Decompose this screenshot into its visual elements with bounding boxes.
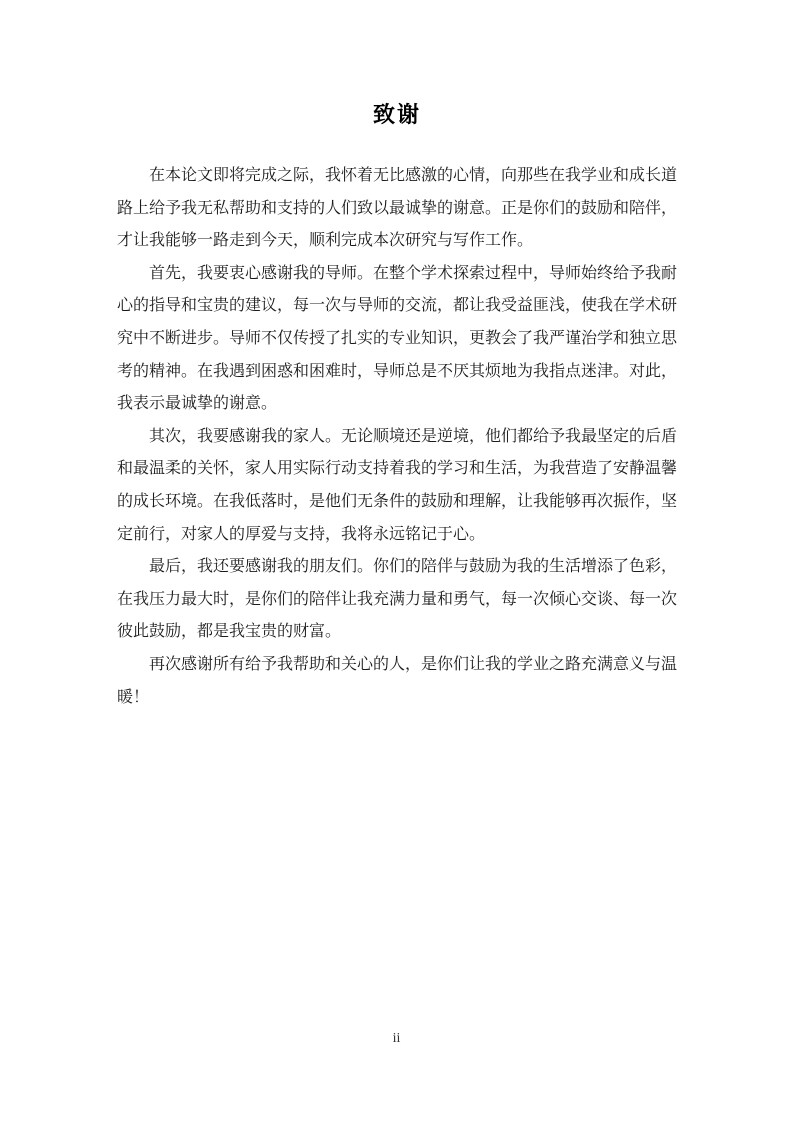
paragraph-4: 最后，我还要感谢我的朋友们。你们的陪伴与鼓励为我的生活增添了色彩，在我压力最大时… [117,551,677,649]
paragraph-5: 再次感谢所有给予我帮助和关心的人，是你们让我的学业之路充满意义与温暖！ [117,649,677,714]
paragraph-1: 在本论文即将完成之际，我怀着无比感激的心情，向那些在我学业和成长道路上给予我无私… [117,160,677,258]
page-number: ii [0,1030,793,1048]
paragraph-2: 首先，我要衷心感谢我的导师。在整个学术探索过程中，导师始终给予我耐心的指导和宝贵… [117,258,677,421]
page-content: 致谢 在本论文即将完成之际，我怀着无比感激的心情，向那些在我学业和成长道路上给予… [117,0,677,714]
document-page: 致谢 在本论文即将完成之际，我怀着无比感激的心情，向那些在我学业和成长道路上给予… [0,0,793,1122]
page-title: 致谢 [117,101,677,129]
paragraph-3: 其次，我要感谢我的家人。无论顺境还是逆境，他们都给予我最坚定的后盾和最温柔的关怀… [117,421,677,551]
acknowledgment-body: 在本论文即将完成之际，我怀着无比感激的心情，向那些在我学业和成长道路上给予我无私… [117,160,677,714]
